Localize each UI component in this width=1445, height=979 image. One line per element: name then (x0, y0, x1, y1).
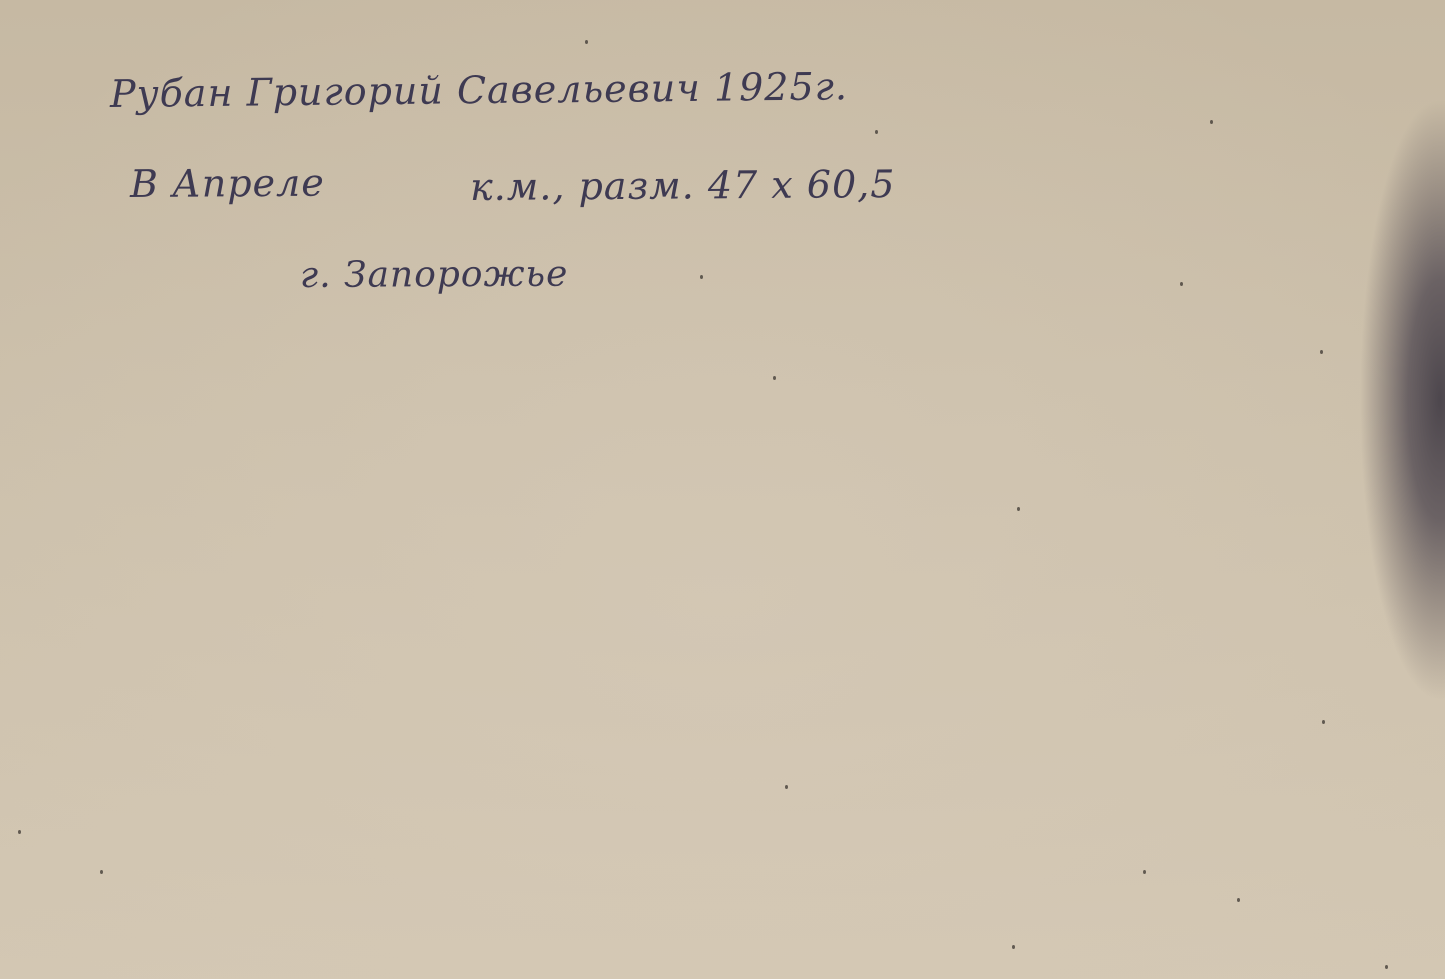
cardboard-fleck (100, 870, 103, 874)
cardboard-fleck (1385, 965, 1388, 969)
cardboard-fleck (1143, 870, 1146, 874)
painting-title: В Апреле (130, 161, 325, 206)
cardboard-fleck (1320, 350, 1323, 354)
city-location: г. Запорожье (300, 254, 569, 296)
cardboard-fleck (18, 830, 21, 834)
medium-and-dimensions: к.м., разм. 47 x 60,5 (470, 162, 896, 209)
cardboard-fleck (1180, 282, 1183, 286)
cardboard-fleck (875, 130, 878, 134)
cardboard-fleck (785, 785, 788, 789)
cardboard-fleck (1237, 898, 1240, 902)
cardboard-fleck (1017, 507, 1020, 511)
cardboard-fleck (1210, 120, 1213, 124)
cardboard-fleck (585, 40, 588, 44)
artist-name-and-year: Рубан Григорий Савельевич 1925г. (110, 64, 848, 116)
cardboard-fleck (773, 376, 776, 380)
cardboard-backing: Рубан Григорий Савельевич 1925г. В Апрел… (0, 0, 1445, 979)
cardboard-fleck (1012, 945, 1015, 949)
cardboard-fleck (1322, 720, 1325, 724)
cardboard-fleck (700, 275, 703, 279)
